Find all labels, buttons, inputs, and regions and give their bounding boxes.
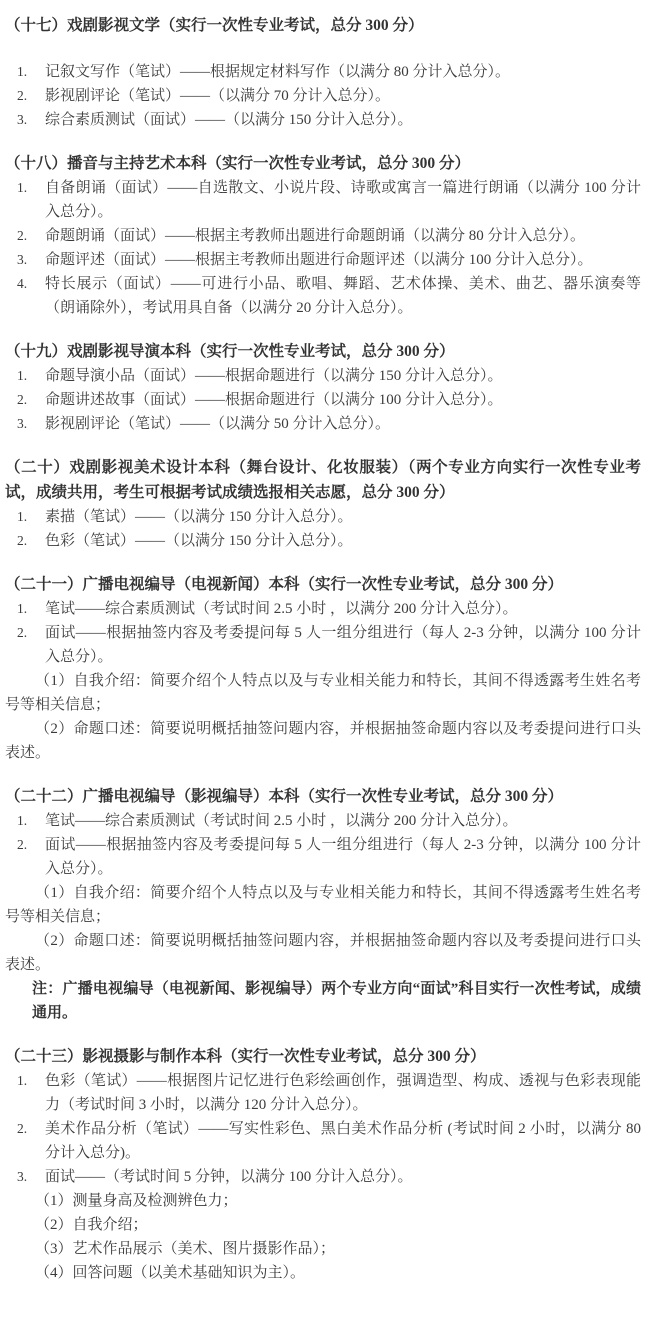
sub-paragraph: （1）自我介绍：简要介绍个人特点以及与专业相关能力和特长，其间不得透露考生姓名考… bbox=[5, 881, 641, 929]
list-item-number: 1. bbox=[17, 364, 27, 388]
list-item-number: 1. bbox=[17, 1069, 27, 1093]
list-item-text: 综合素质测试（面试）——（以满分 150 分计入总分）。 bbox=[45, 112, 413, 128]
list-item-text: 命题讲述故事（面试）——根据命题进行（以满分 100 分计入总分）。 bbox=[45, 392, 503, 408]
list-item-text: 特长展示（面试）——可进行小品、歌唱、舞蹈、艺术体操、美术、曲艺、器乐演奏等（朗… bbox=[45, 276, 641, 316]
list-item-text: 面试——根据抽签内容及考委提问每 5 人一组分组进行（每人 2-3 分钟，以满分… bbox=[45, 837, 641, 877]
sub-paragraph: （2）自我介绍； bbox=[5, 1213, 641, 1237]
document-page: （十七）戏剧影视文学（实行一次性专业考试，总分 300 分）1.记叙文写作（笔试… bbox=[0, 0, 647, 1291]
exam-section: （十八）播音与主持艺术本科（实行一次性专业考试，总分 300 分）1.自备朗诵（… bbox=[5, 151, 641, 320]
list-item-number: 4. bbox=[17, 272, 27, 296]
list-item-text: 面试——根据抽签内容及考委提问每 5 人一组分组进行（每人 2-3 分钟，以满分… bbox=[45, 625, 641, 665]
list-item-text: 自备朗诵（面试）——自选散文、小说片段、诗歌或寓言一篇进行朗诵（以满分 100 … bbox=[45, 180, 641, 220]
list-item: 2.命题朗诵（面试）——根据主考教师出题进行命题朗诵（以满分 80 分计入总分）… bbox=[5, 224, 641, 248]
list-item: 1.自备朗诵（面试）——自选散文、小说片段、诗歌或寓言一篇进行朗诵（以满分 10… bbox=[5, 176, 641, 224]
list-item: 3.综合素质测试（面试）——（以满分 150 分计入总分）。 bbox=[5, 108, 641, 132]
list-item-text: 影视剧评论（笔试）——（以满分 70 分计入总分）。 bbox=[45, 88, 390, 104]
exam-section: （二十二）广播电视编导（影视编导）本科（实行一次性专业考试，总分 300 分）1… bbox=[5, 784, 641, 1025]
list-item-number: 1. bbox=[17, 505, 27, 529]
list-item-number: 1. bbox=[17, 597, 27, 621]
list-item: 4.特长展示（面试）——可进行小品、歌唱、舞蹈、艺术体操、美术、曲艺、器乐演奏等… bbox=[5, 272, 641, 320]
list-item: 3.影视剧评论（笔试）——（以满分 50 分计入总分）。 bbox=[5, 412, 641, 436]
list-item: 2.影视剧评论（笔试）——（以满分 70 分计入总分）。 bbox=[5, 84, 641, 108]
list-item-number: 3. bbox=[17, 108, 27, 132]
list-item-number: 2. bbox=[17, 833, 27, 857]
sub-paragraph: （4）回答问题（以美术基础知识为主）。 bbox=[5, 1261, 641, 1285]
exam-section: （十九）戏剧影视导演本科（实行一次性专业考试，总分 300 分）1.命题导演小品… bbox=[5, 339, 641, 436]
list-item: 3.命题评述（面试）——根据主考教师出题进行命题评述（以满分 100 分计入总分… bbox=[5, 248, 641, 272]
list-item: 1.笔试——综合素质测试（考试时间 2.5 小时 ，以满分 200 分计入总分）… bbox=[5, 809, 641, 833]
exam-section: （十七）戏剧影视文学（实行一次性专业考试，总分 300 分）1.记叙文写作（笔试… bbox=[5, 13, 641, 132]
list-item-number: 1. bbox=[17, 176, 27, 200]
sub-paragraph: （2）命题口述：简要说明概括抽签问题内容，并根据抽签命题内容以及考委提问进行口头… bbox=[5, 929, 641, 977]
list-item-text: 命题朗诵（面试）——根据主考教师出题进行命题朗诵（以满分 80 分计入总分）。 bbox=[45, 228, 585, 244]
sub-paragraph: （1）自我介绍：简要介绍个人特点以及与专业相关能力和特长，其间不得透露考生姓名考… bbox=[5, 669, 641, 717]
list-item-text: 命题评述（面试）——根据主考教师出题进行命题评述（以满分 100 分计入总分）。 bbox=[45, 252, 593, 268]
section-heading: （二十三）影视摄影与制作本科（实行一次性专业考试，总分 300 分） bbox=[5, 1044, 641, 1069]
list-item-text: 命题导演小品（面试）——根据命题进行（以满分 150 分计入总分）。 bbox=[45, 368, 503, 384]
sub-paragraph: （1）测量身高及检测辨色力； bbox=[5, 1189, 641, 1213]
list-item-text: 色彩（笔试）——（以满分 150 分计入总分）。 bbox=[45, 533, 353, 549]
list-item: 2.命题讲述故事（面试）——根据命题进行（以满分 100 分计入总分）。 bbox=[5, 388, 641, 412]
list-item: 2.面试——根据抽签内容及考委提问每 5 人一组分组进行（每人 2-3 分钟，以… bbox=[5, 621, 641, 669]
list-item-number: 2. bbox=[17, 529, 27, 553]
section-heading: （十七）戏剧影视文学（实行一次性专业考试，总分 300 分） bbox=[5, 13, 641, 38]
list-item-text: 影视剧评论（笔试）——（以满分 50 分计入总分）。 bbox=[45, 416, 390, 432]
list-item: 1.笔试——综合素质测试（考试时间 2.5 小时 ，以满分 200 分计入总分）… bbox=[5, 597, 641, 621]
list-item-number: 3. bbox=[17, 1165, 27, 1189]
list-item: 1.色彩（笔试）——根据图片记忆进行色彩绘画创作，强调造型、构成、透视与色彩表现… bbox=[5, 1069, 641, 1117]
list-item-number: 2. bbox=[17, 621, 27, 645]
note-paragraph: 注：广播电视编导（电视新闻、影视编导）两个专业方向“面试”科目实行一次性考试，成… bbox=[5, 977, 641, 1025]
list-item: 1.素描（笔试）——（以满分 150 分计入总分）。 bbox=[5, 505, 641, 529]
section-heading: （十九）戏剧影视导演本科（实行一次性专业考试，总分 300 分） bbox=[5, 339, 641, 364]
list-item: 3.面试——（考试时间 5 分钟，以满分 100 分计入总分）。 bbox=[5, 1165, 641, 1189]
list-item-text: 素描（笔试）——（以满分 150 分计入总分）。 bbox=[45, 509, 353, 525]
list-item: 2.美术作品分析（笔试）——写实性彩色、黑白美术作品分析 (考试时间 2 小时，… bbox=[5, 1117, 641, 1165]
list-item-number: 1. bbox=[17, 60, 27, 84]
list-item-number: 1. bbox=[17, 809, 27, 833]
exam-section: （二十三）影视摄影与制作本科（实行一次性专业考试，总分 300 分）1.色彩（笔… bbox=[5, 1044, 641, 1285]
exam-section: （二十）戏剧影视美术设计本科（舞台设计、化妆服装）（两个专业方向实行一次性专业考… bbox=[5, 455, 641, 553]
list-item-number: 3. bbox=[17, 412, 27, 436]
list-item-number: 2. bbox=[17, 388, 27, 412]
list-item: 1.命题导演小品（面试）——根据命题进行（以满分 150 分计入总分）。 bbox=[5, 364, 641, 388]
list-item-text: 色彩（笔试）——根据图片记忆进行色彩绘画创作，强调造型、构成、透视与色彩表现能力… bbox=[45, 1073, 641, 1113]
section-heading: （二十）戏剧影视美术设计本科（舞台设计、化妆服装）（两个专业方向实行一次性专业考… bbox=[5, 455, 641, 505]
list-item-text: 笔试——综合素质测试（考试时间 2.5 小时 ，以满分 200 分计入总分）。 bbox=[45, 813, 518, 829]
list-item-number: 2. bbox=[17, 224, 27, 248]
list-item: 2.面试——根据抽签内容及考委提问每 5 人一组分组进行（每人 2-3 分钟，以… bbox=[5, 833, 641, 881]
list-item: 2.色彩（笔试）——（以满分 150 分计入总分）。 bbox=[5, 529, 641, 553]
list-item-number: 3. bbox=[17, 248, 27, 272]
list-item-text: 美术作品分析（笔试）——写实性彩色、黑白美术作品分析 (考试时间 2 小时，以满… bbox=[45, 1121, 641, 1161]
list-item: 1.记叙文写作（笔试）——根据规定材料写作（以满分 80 分计入总分）。 bbox=[5, 60, 641, 84]
list-item-text: 记叙文写作（笔试）——根据规定材料写作（以满分 80 分计入总分）。 bbox=[45, 64, 510, 80]
sub-paragraph: （2）命题口述：简要说明概括抽签问题内容，并根据抽签命题内容以及考委提问进行口头… bbox=[5, 717, 641, 765]
section-heading: （二十一）广播电视编导（电视新闻）本科（实行一次性专业考试，总分 300 分） bbox=[5, 572, 641, 597]
sub-paragraph: （3）艺术作品展示（美术、图片摄影作品）； bbox=[5, 1237, 641, 1261]
list-item-number: 2. bbox=[17, 84, 27, 108]
exam-section: （二十一）广播电视编导（电视新闻）本科（实行一次性专业考试，总分 300 分）1… bbox=[5, 572, 641, 765]
list-item-text: 面试——（考试时间 5 分钟，以满分 100 分计入总分）。 bbox=[45, 1169, 413, 1185]
section-heading: （二十二）广播电视编导（影视编导）本科（实行一次性专业考试，总分 300 分） bbox=[5, 784, 641, 809]
section-heading: （十八）播音与主持艺术本科（实行一次性专业考试，总分 300 分） bbox=[5, 151, 641, 176]
list-item-number: 2. bbox=[17, 1117, 27, 1141]
list-item-text: 笔试——综合素质测试（考试时间 2.5 小时 ，以满分 200 分计入总分）。 bbox=[45, 601, 518, 617]
